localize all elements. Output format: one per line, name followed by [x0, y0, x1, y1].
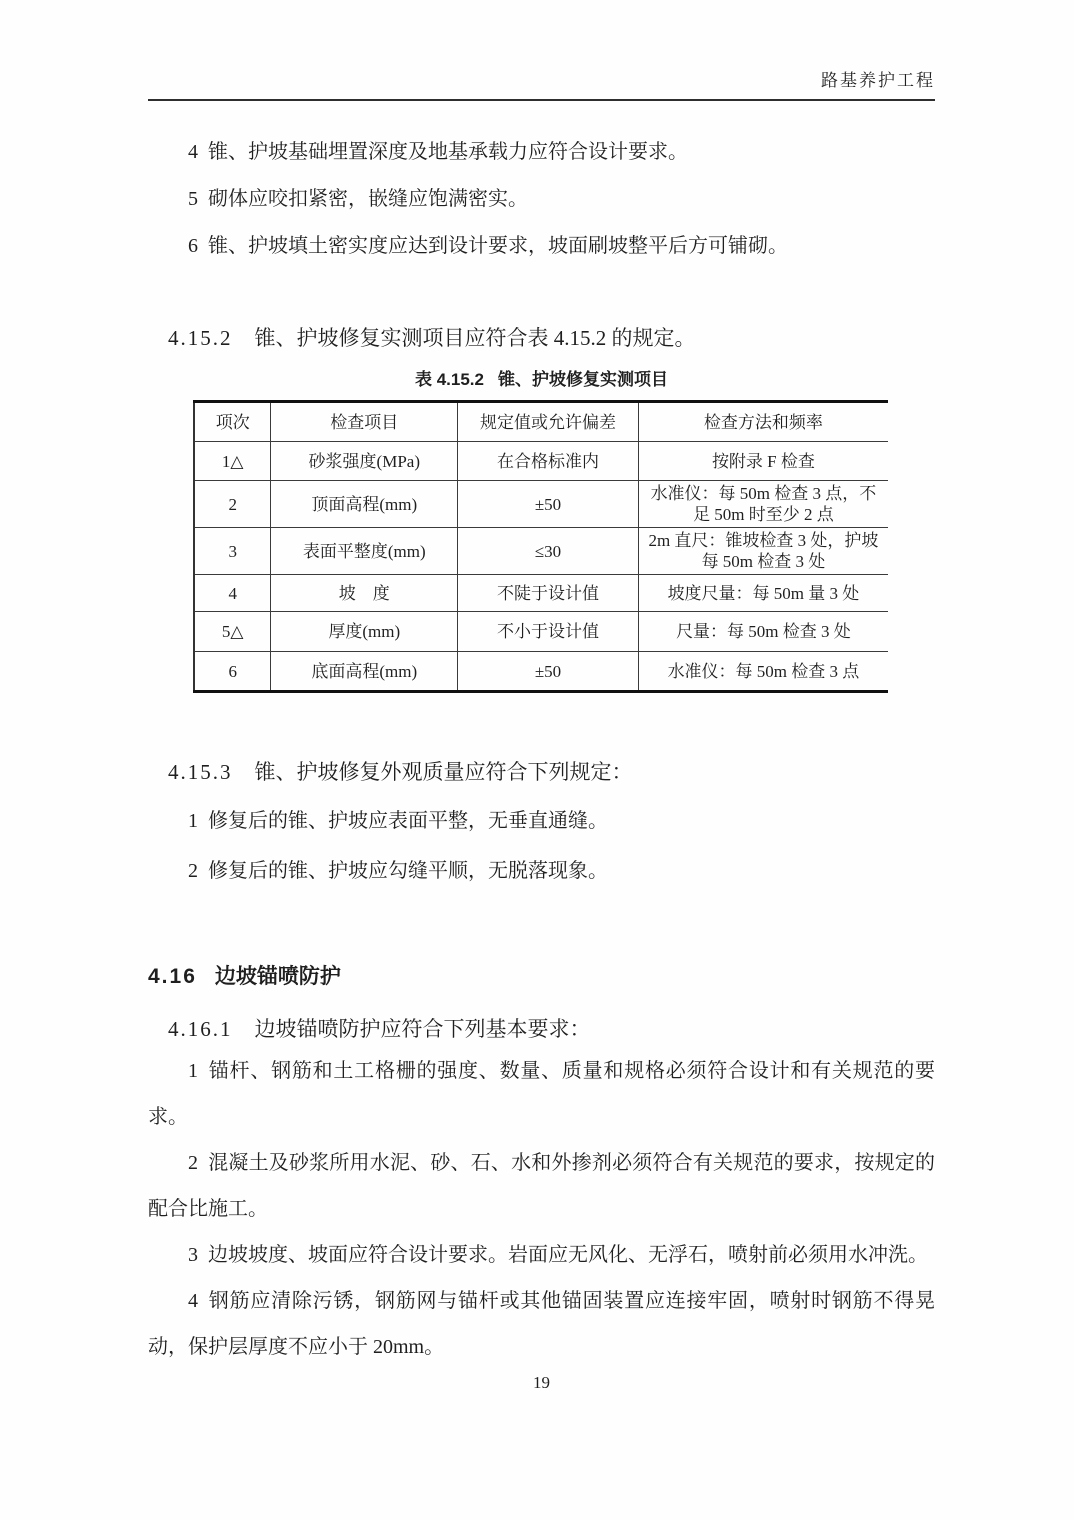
clause-4-15-3-1: 1修复后的锥、护坡应表面平整，无垂直通缝。	[148, 807, 935, 835]
table-cell: 坡 度	[271, 575, 458, 612]
section-text: 锥、护坡修复实测项目应符合表 4.15.2 的规定。	[255, 326, 696, 350]
table-row: 1△ 砂浆强度(MPa) 在合格标准内 按附录 F 检查	[194, 442, 888, 481]
section-heading-4-15-3: 4.15.3锥、护坡修复外观质量应符合下列规定：	[148, 757, 935, 787]
page-number-value: 19	[533, 1373, 550, 1392]
clause-4-15-3-2: 2修复后的锥、护坡应勾缝平顺，无脱落现象。	[148, 857, 935, 885]
table-row: 4 坡 度 不陡于设计值 坡度尺量：每 50m 量 3 处	[194, 575, 888, 612]
table-cell: 按附录 F 检查	[638, 442, 888, 481]
table-cell: 2m 直尺：锥坡检查 3 处，护坡每 50m 检查 3 处	[638, 528, 888, 575]
table-cell: 顶面高程(mm)	[271, 481, 458, 528]
page-number: 19	[148, 1372, 935, 1394]
clause-number: 5	[188, 188, 198, 210]
table-cell: 5△	[194, 612, 271, 652]
clause-number: 3	[188, 1244, 198, 1266]
section-number: 4.16	[148, 965, 197, 988]
clause-text: 锚杆、钢筋和土工格栅的强度、数量、质量和规格必须符合设计和有关规范的要求。	[148, 1060, 935, 1128]
table-caption: 表 4.15.2锥、护坡修复实测项目	[148, 369, 935, 391]
table-row: 2 顶面高程(mm) ±50 水准仪：每 50m 检查 3 点，不足 50m 时…	[194, 481, 888, 528]
table-row: 6 底面高程(mm) ±50 水准仪：每 50m 检查 3 点	[194, 652, 888, 692]
document-page: 路基养护工程 4锥、护坡基础埋置深度及地基承载力应符合设计要求。 5砌体应咬扣紧…	[0, 0, 1074, 1520]
table-header-row: 项次 检查项目 规定值或允许偏差 检查方法和频率	[194, 402, 888, 442]
clause-4-16-1-4: 4钢筋应清除污锈，钢筋网与锚杆或其他锚固装置应连接牢固，喷射时钢筋不得晃动，保护…	[148, 1278, 935, 1370]
clause-text: 砌体应咬扣紧密，嵌缝应饱满密实。	[208, 188, 528, 210]
table-cell: 水准仪：每 50m 检查 3 点	[638, 652, 888, 692]
clause-4: 4锥、护坡基础埋置深度及地基承载力应符合设计要求。	[148, 138, 935, 166]
clause-text: 锥、护坡基础埋置深度及地基承载力应符合设计要求。	[208, 141, 688, 163]
table-caption-title: 锥、护坡修复实测项目	[498, 370, 668, 389]
section-heading-4-16-1: 4.16.1边坡锚喷防护应符合下列基本要求：	[148, 1014, 935, 1044]
clause-4-16-1-3: 3边坡坡度、坡面应符合设计要求。岩面应无风化、无浮石，喷射前必须用水冲洗。	[148, 1232, 935, 1278]
table-header-cell: 检查方法和频率	[638, 402, 888, 442]
clause-number: 1	[188, 810, 198, 832]
clause-4-16-1-1: 1锚杆、钢筋和土工格栅的强度、数量、质量和规格必须符合设计和有关规范的要求。	[148, 1048, 935, 1140]
section-heading-4-16: 4.16边坡锚喷防护	[148, 961, 935, 993]
table-cell: 表面平整度(mm)	[271, 528, 458, 575]
table-cell: 砂浆强度(MPa)	[271, 442, 458, 481]
clause-text: 锥、护坡填土密实度应达到设计要求，坡面刷坡整平后方可铺砌。	[208, 235, 788, 257]
section-title: 边坡锚喷防护	[215, 965, 341, 988]
table-cell: ≤30	[458, 528, 639, 575]
table-cell: 不小于设计值	[458, 612, 639, 652]
clause-number: 1	[188, 1060, 198, 1082]
clause-4-16-1-2: 2混凝土及砂浆所用水泥、砂、石、水和外掺剂必须符合有关规范的要求，按规定的配合比…	[148, 1140, 935, 1232]
table-row: 3 表面平整度(mm) ≤30 2m 直尺：锥坡检查 3 处，护坡每 50m 检…	[194, 528, 888, 575]
clause-text: 边坡坡度、坡面应符合设计要求。岩面应无风化、无浮石，喷射前必须用水冲洗。	[208, 1244, 928, 1266]
table-header-cell: 项次	[194, 402, 271, 442]
table-header-cell: 规定值或允许偏差	[458, 402, 639, 442]
clause-number: 4	[188, 1290, 198, 1312]
table-cell: 水准仪：每 50m 检查 3 点，不足 50m 时至少 2 点	[638, 481, 888, 528]
table-cell: 2	[194, 481, 271, 528]
clause-number: 2	[188, 1152, 198, 1174]
running-header: 路基养护工程	[148, 0, 935, 101]
section-text: 锥、护坡修复外观质量应符合下列规定：	[255, 760, 633, 784]
clause-6: 6锥、护坡填土密实度应达到设计要求，坡面刷坡整平后方可铺砌。	[148, 232, 935, 260]
table-cell: ±50	[458, 481, 639, 528]
measured-items-table: 项次 检查项目 规定值或允许偏差 检查方法和频率 1△ 砂浆强度(MPa) 在合…	[193, 400, 888, 693]
table-cell: 6	[194, 652, 271, 692]
table-cell: ±50	[458, 652, 639, 692]
table-cell: 厚度(mm)	[271, 612, 458, 652]
table-cell: 在合格标准内	[458, 442, 639, 481]
clause-5: 5砌体应咬扣紧密，嵌缝应饱满密实。	[148, 185, 935, 213]
clause-number: 4	[188, 141, 198, 163]
section-number: 4.15.3	[168, 760, 233, 784]
clause-number: 2	[188, 860, 198, 882]
clause-text: 钢筋应清除污锈，钢筋网与锚杆或其他锚固装置应连接牢固，喷射时钢筋不得晃动，保护层…	[148, 1290, 935, 1358]
table-cell: 4	[194, 575, 271, 612]
table-row: 5△ 厚度(mm) 不小于设计值 尺量：每 50m 检查 3 处	[194, 612, 888, 652]
running-header-title: 路基养护工程	[821, 71, 935, 90]
section-heading-4-15-2: 4.15.2锥、护坡修复实测项目应符合表 4.15.2 的规定。	[148, 323, 935, 353]
table-cell: 3	[194, 528, 271, 575]
section-text: 边坡锚喷防护应符合下列基本要求：	[255, 1017, 591, 1041]
table-cell: 坡度尺量：每 50m 量 3 处	[638, 575, 888, 612]
table-cell: 尺量：每 50m 检查 3 处	[638, 612, 888, 652]
table-cell: 1△	[194, 442, 271, 481]
clause-number: 6	[188, 235, 198, 257]
section-number: 4.15.2	[168, 326, 233, 350]
table-cell: 不陡于设计值	[458, 575, 639, 612]
table-caption-number: 表 4.15.2	[415, 370, 484, 389]
clause-text: 修复后的锥、护坡应表面平整，无垂直通缝。	[208, 810, 608, 832]
table-header-cell: 检查项目	[271, 402, 458, 442]
clause-text: 修复后的锥、护坡应勾缝平顺，无脱落现象。	[208, 860, 608, 882]
table-cell: 底面高程(mm)	[271, 652, 458, 692]
clause-text: 混凝土及砂浆所用水泥、砂、石、水和外掺剂必须符合有关规范的要求，按规定的配合比施…	[148, 1152, 935, 1220]
section-number: 4.16.1	[168, 1017, 233, 1041]
